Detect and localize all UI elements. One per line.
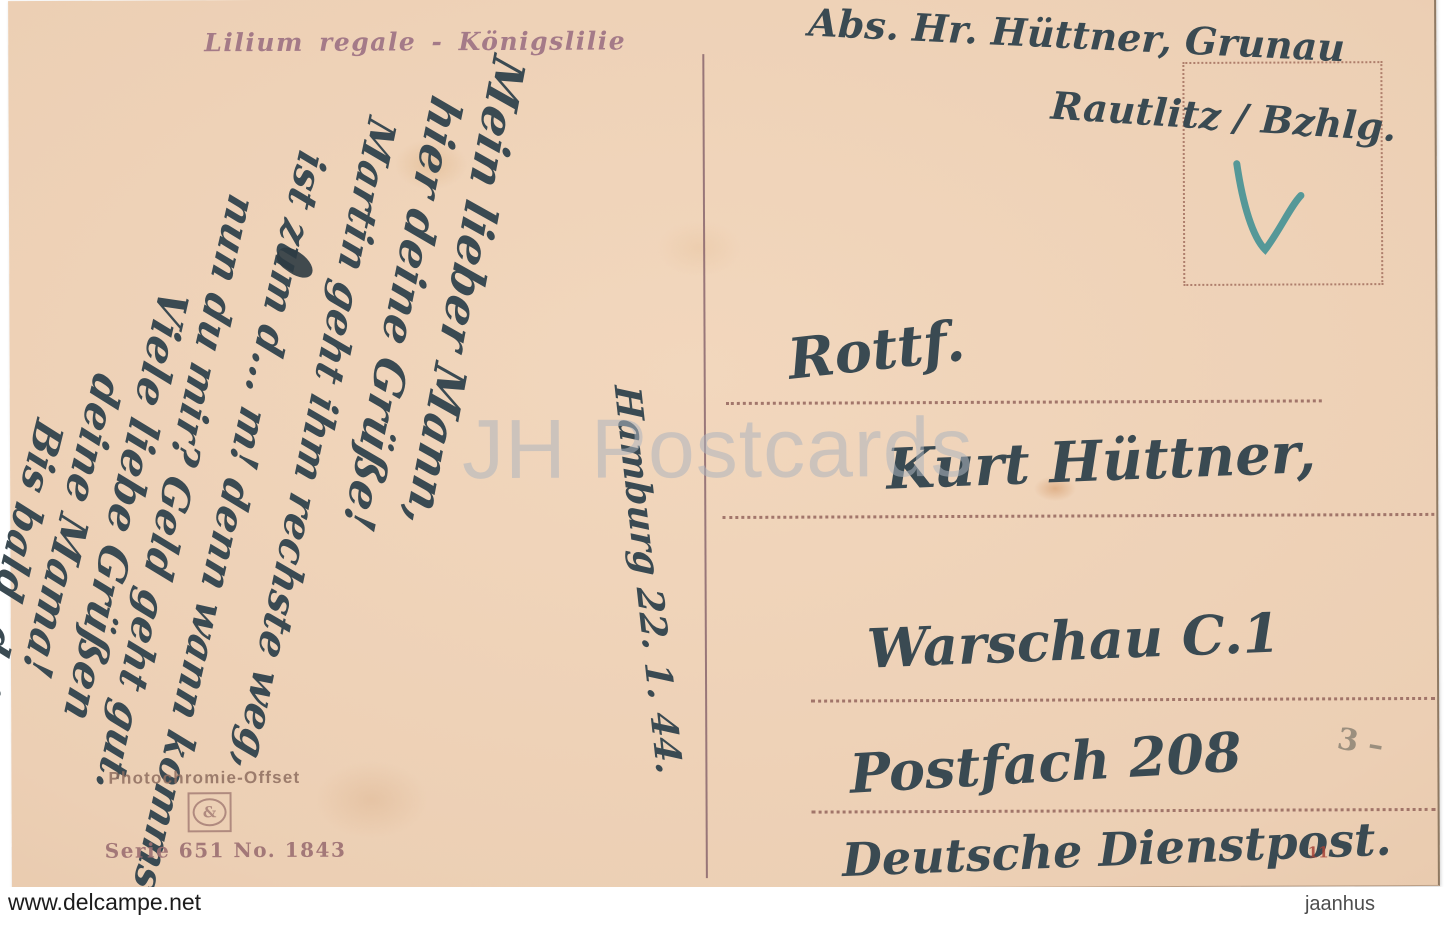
check-mark-ink [1209, 135, 1330, 296]
publisher-logo: & [188, 792, 232, 832]
address-line: Rottf. [785, 308, 968, 393]
address-line-rule [722, 513, 1434, 519]
series-number: Serie 651 No. 1843 [105, 838, 347, 863]
delcampe-watermark: www.delcampe.net [8, 889, 201, 916]
publisher-logo-monogram: & [193, 798, 227, 826]
address-line-rule [811, 697, 1435, 703]
seller-image-watermark: JH Postcards [462, 399, 974, 498]
postcard-title: Lilium regale - Königslilie [204, 26, 626, 57]
publisher-imprint: Photochromie-Offset [108, 768, 300, 789]
sender-line: Abs. Hr. Hüttner, Grunau [807, 0, 1345, 70]
address-line: Warschau C.1 [866, 600, 1282, 680]
print-code: 11 [1308, 843, 1329, 861]
address-line: Postfach 208 [848, 720, 1243, 806]
postcard-scan: Lilium regale - Königslilie Abs. Hr. Hüt… [8, 0, 1440, 892]
seller-name-watermark: jaanhus [1305, 893, 1375, 916]
pencil-price-note: 3 – [1335, 722, 1387, 764]
listing-page: Lilium regale - Königslilie Abs. Hr. Hüt… [0, 0, 1445, 925]
listing-footer-strip: www.delcampe.net jaanhus [0, 887, 1445, 925]
